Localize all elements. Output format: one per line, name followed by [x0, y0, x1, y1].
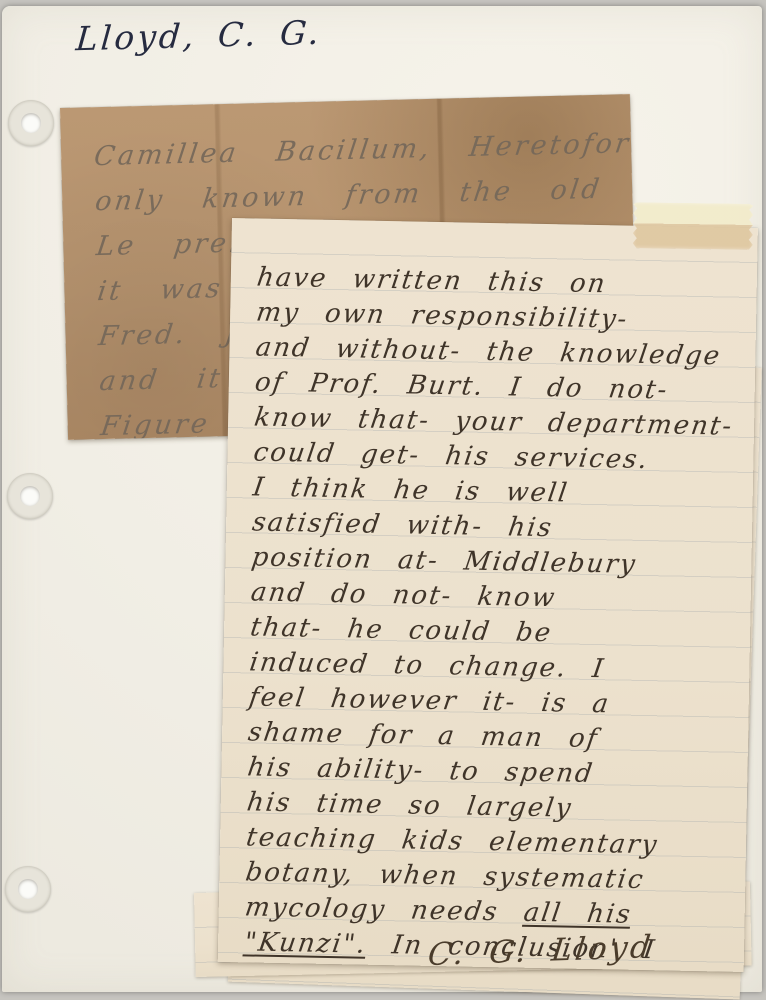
punch-hole-center	[21, 113, 41, 133]
punch-hole-bottom	[5, 866, 51, 912]
punch-hole-center	[18, 879, 38, 899]
punch-hole-top	[8, 100, 54, 146]
letter-line-pre: mycology needs	[243, 892, 526, 927]
punch-hole-middle	[7, 473, 53, 519]
underlined-phrase: all his	[522, 898, 634, 930]
punch-hole-center	[20, 486, 40, 506]
scanned-document: Lloyd, C. G. Camillea Bacillum, Heretofo…	[0, 0, 766, 1000]
adhesive-tape	[633, 202, 754, 250]
letter-text: have written this on my own responsibili…	[244, 262, 753, 971]
underlined-phrase: "Kunzi".	[242, 927, 369, 959]
letter-sheet-front: have written this on my own responsibili…	[218, 218, 758, 972]
archive-label: Lloyd, C. G.	[75, 13, 324, 59]
